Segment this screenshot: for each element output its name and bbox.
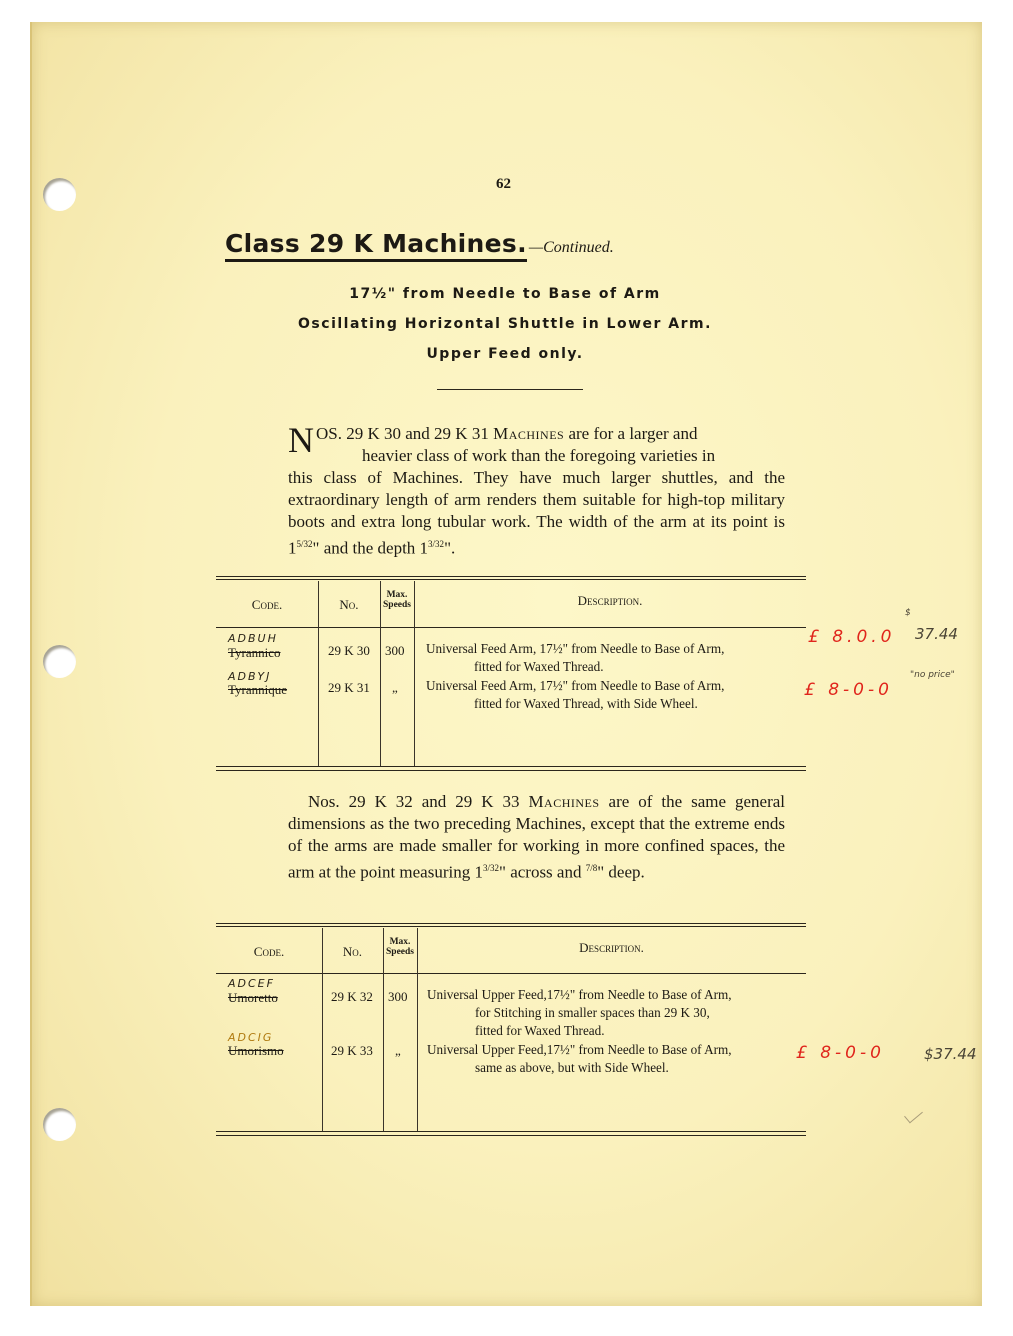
- description: Universal Feed Arm, 17½" from Needle to …: [426, 640, 724, 676]
- header-description: Description.: [414, 593, 806, 609]
- dollar-price-annotation: $37.44: [924, 1045, 977, 1063]
- punch-hole: [43, 178, 76, 211]
- price-annotation: £ 8-0-0: [804, 680, 893, 700]
- code-printed: Umorismo: [228, 1043, 284, 1059]
- no-price-note: "no price": [910, 670, 955, 680]
- max-speed: 300: [388, 989, 408, 1005]
- max-speed: „: [392, 680, 398, 696]
- subtitle-shuttle: Oscillating Horizontal Shuttle in Lower …: [220, 316, 790, 332]
- punch-hole: [43, 1108, 76, 1141]
- dollar-price-annotation: 37.44: [915, 625, 958, 643]
- machine-no: 29 K 33: [331, 1043, 373, 1059]
- punch-hole: [43, 645, 76, 678]
- header-description: Description.: [417, 940, 806, 956]
- code-handwritten: ADCEF: [228, 977, 275, 990]
- code-printed: Umoretto: [228, 990, 278, 1006]
- page-number: 62: [496, 176, 511, 193]
- intro-paragraph: NOS. 29 K 30 and 29 K 31 Machines are fo…: [288, 423, 785, 560]
- machine-table-2: Code. No. Max.Speeds Description. ADCEF …: [216, 923, 806, 1137]
- header-code: Code.: [216, 944, 322, 960]
- section-divider: [437, 389, 583, 390]
- price-annotation: £ 8.0.0: [808, 627, 895, 647]
- code-printed: Tyrannico: [228, 645, 281, 661]
- machine-no: 29 K 31: [328, 680, 370, 696]
- max-speed: „: [395, 1043, 401, 1059]
- header-max-speeds: Max.Speeds: [380, 590, 414, 610]
- code-handwritten: ADBUH: [228, 632, 278, 645]
- title-continued: —Continued.: [529, 239, 614, 256]
- second-paragraph: Nos. 29 K 32 and 29 K 33 Machines are of…: [288, 791, 785, 884]
- description: Universal Upper Feed,17½" from Needle to…: [427, 1041, 732, 1077]
- drop-cap: N: [288, 425, 314, 455]
- header-max-speeds: Max.Speeds: [383, 937, 417, 957]
- currency-mark: $: [905, 608, 911, 618]
- subtitle-arm-length: 17½" from Needle to Base of Arm: [220, 286, 790, 302]
- code-printed: Tyrannique: [228, 682, 287, 698]
- title-text: Class 29 K Machines.: [225, 229, 527, 262]
- max-speed: 300: [385, 643, 405, 659]
- header-no: No.: [318, 597, 380, 613]
- subtitle-feed: Upper Feed only.: [220, 346, 790, 362]
- machine-no: 29 K 30: [328, 643, 370, 659]
- header-no: No.: [322, 944, 383, 960]
- description: Universal Upper Feed,17½" from Needle to…: [427, 986, 732, 1040]
- machine-no: 29 K 32: [331, 989, 373, 1005]
- price-annotation: £ 8-0-0: [796, 1043, 885, 1063]
- page-title: Class 29 K Machines.—Continued.: [225, 229, 614, 262]
- machine-table-1: Code. No. Max.Speeds Description. ADBUH …: [216, 576, 806, 772]
- header-code: Code.: [216, 597, 318, 613]
- description: Universal Feed Arm, 17½" from Needle to …: [426, 677, 724, 713]
